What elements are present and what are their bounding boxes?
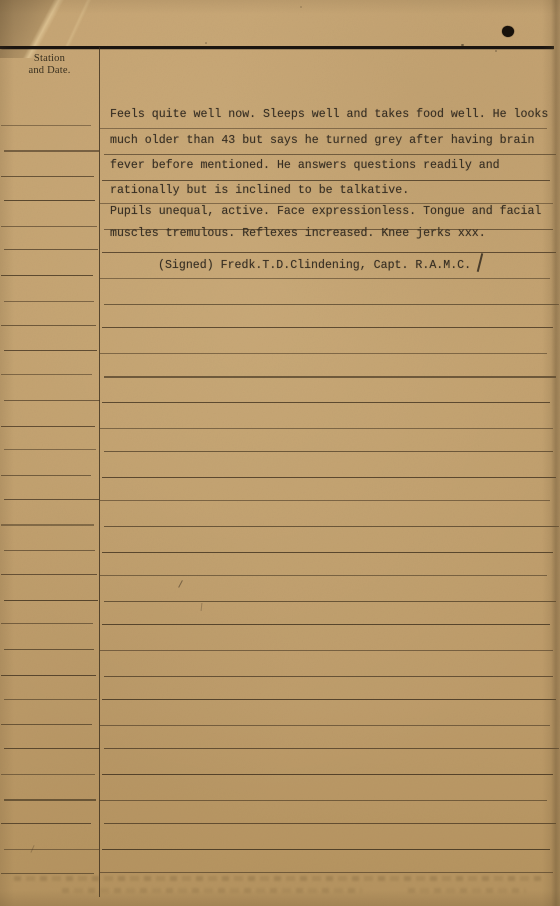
ruled-line [100, 575, 547, 576]
ruled-line [104, 154, 556, 155]
ruled-line [4, 600, 98, 601]
ruled-line [1, 574, 97, 575]
ruled-line [100, 353, 547, 354]
ruled-line [1, 325, 96, 326]
ruled-line [4, 748, 100, 749]
case-sheet-page: Station and Date. Feels quite well now. … [0, 0, 560, 906]
ruled-line [1, 374, 92, 375]
page-right-edge [551, 0, 560, 906]
ruled-line [1, 524, 94, 525]
entry-text-line: much older than 43 but says he turned gr… [110, 134, 534, 147]
ruled-line [1, 426, 95, 427]
header-rule [0, 46, 554, 49]
ruled-line [100, 872, 553, 873]
ruled-line [104, 304, 559, 305]
show-through-text [14, 876, 546, 881]
ruled-line [104, 601, 556, 602]
ruled-line [100, 203, 553, 204]
signature-line: (Signed) Fredk.T.D.Clindening, Capt. R.A… [158, 259, 471, 272]
show-through-text [408, 888, 526, 893]
stray-mark [30, 845, 34, 853]
ruled-line [102, 252, 556, 253]
ruled-line [1, 475, 91, 476]
ruled-line [4, 200, 95, 201]
ink-blot [501, 25, 515, 38]
station-header-line2: and Date. [0, 65, 99, 77]
entry-text-line: muscles tremulous. Reflexes increased. K… [110, 227, 486, 240]
ruled-line [1, 823, 91, 824]
ruled-line [4, 699, 97, 700]
column-divider [99, 47, 100, 897]
ruled-line [1, 275, 93, 276]
ruled-line [100, 278, 550, 279]
entry-text-line: Feels quite well now. Sleeps well and ta… [110, 108, 548, 121]
ruled-line [4, 499, 99, 500]
ruled-line [100, 128, 547, 129]
ruled-line [102, 699, 556, 700]
ruled-line [102, 402, 550, 403]
ruled-line [104, 748, 559, 749]
ruled-line [4, 350, 97, 351]
ruled-line [1, 774, 95, 775]
ruled-line [4, 249, 98, 250]
ruled-line [4, 400, 100, 401]
entry-text-line: Pupils unequal, active. Face expressionl… [110, 205, 541, 218]
ruled-line [104, 676, 553, 678]
station-date-header: Station and Date. [0, 53, 99, 76]
ink-speck [300, 6, 302, 8]
ruled-line [100, 800, 547, 801]
ruled-line [1, 873, 94, 874]
ruled-line [4, 150, 99, 151]
ruled-line [4, 449, 96, 450]
ruled-line [100, 500, 550, 501]
pen-stroke [477, 253, 483, 272]
ruled-line [1, 226, 97, 227]
ruled-line [4, 301, 94, 302]
ruled-line [104, 823, 556, 825]
ruled-line [102, 477, 556, 478]
ink-speck [495, 50, 497, 52]
ink-speck [205, 42, 207, 44]
ruled-line [102, 180, 550, 181]
show-through-text [62, 888, 362, 893]
ruled-line [104, 526, 559, 528]
station-header-line1: Station [0, 53, 99, 65]
ruled-line [100, 428, 553, 429]
ruled-line [1, 623, 93, 624]
ruled-line [104, 376, 556, 378]
entry-text-line: fever before mentioned. He answers quest… [110, 159, 500, 172]
ruled-line [102, 624, 550, 625]
ruled-line [1, 176, 94, 177]
stray-mark [201, 603, 203, 611]
ruled-line [102, 774, 553, 775]
ruled-line [4, 550, 95, 551]
paper-crease [42, 0, 114, 47]
ruled-line [100, 650, 553, 651]
ruled-line [100, 725, 550, 726]
ruled-line [1, 724, 92, 725]
ruled-line [104, 451, 553, 452]
ruled-line [102, 849, 550, 850]
entry-text-line: rationally but is inclined to be talkati… [110, 184, 409, 197]
ruled-line [4, 649, 94, 650]
ruled-line [4, 799, 96, 800]
stray-mark [178, 580, 183, 588]
ruled-line [1, 675, 96, 676]
ruled-line [1, 125, 91, 126]
ruled-line [102, 552, 553, 553]
ruled-line [102, 327, 553, 328]
ruled-line [4, 849, 99, 850]
ink-speck [461, 44, 464, 46]
